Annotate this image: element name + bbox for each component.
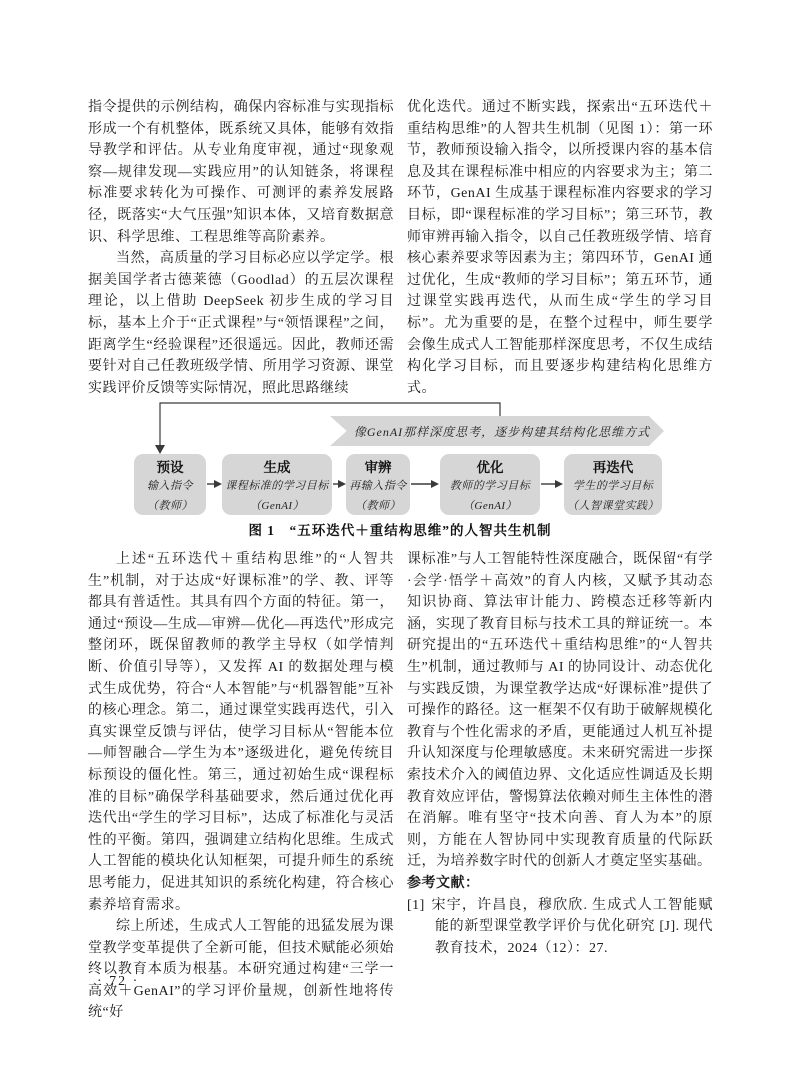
step-title: 优化 bbox=[440, 459, 540, 476]
thinking-banner-ribbon: 像GenAI那样深度思考，逐步构建其结构化思维方式 bbox=[330, 416, 664, 446]
step-actor: （教师） bbox=[134, 496, 206, 516]
step-desc: 再输入指令 bbox=[346, 476, 410, 496]
left-column-top: 指令提供的示例结构，确保内容标准与实现指标形成一个有机整体，既系统又具体，能够有… bbox=[88, 97, 394, 399]
reference-label: [1] bbox=[407, 898, 425, 913]
flow-step-preset: 预设 输入指令 （教师） bbox=[134, 454, 206, 515]
right-column-top: 优化迭代。通过不断实践，探索出“五环迭代＋重结构思维”的人智共生机制（见图 1）… bbox=[407, 97, 713, 399]
flow-step-generate: 生成 课程标准的学习目标 （GenAI） bbox=[222, 454, 332, 515]
references-header: 参考文献： bbox=[407, 873, 713, 895]
step-title: 审辨 bbox=[346, 459, 410, 476]
flow-step-reiterate: 再迭代 学生的学习目标 （人智课堂实践） bbox=[564, 454, 662, 515]
step-title: 再迭代 bbox=[564, 459, 662, 476]
figure-caption: 图 1 “五环迭代＋重结构思维”的人智共生机制 bbox=[88, 519, 712, 539]
step-title: 生成 bbox=[222, 459, 332, 476]
reference-item: [1]宋宇，许昌良，穆欣欣. 生成式人工智能赋能的新型课堂教学评价与优化研究 [… bbox=[407, 895, 713, 960]
paragraph: 综上所述，生成式人工智能的迅猛发展为课堂教学变革提供了全新可能，但技术赋能必须始… bbox=[88, 916, 394, 1024]
step-title: 预设 bbox=[134, 459, 206, 476]
step-actor: （教师） bbox=[346, 496, 410, 516]
paragraph: 当然，高质量的学习目标必应以学定学。根据美国学者古德莱德（Goodlad）的五层… bbox=[88, 248, 394, 399]
left-column-bottom: 上述“五环迭代＋重结构思维”的“人智共生”机制，对于达成“好课标准”的学、教、评… bbox=[88, 549, 394, 1024]
right-column-bottom: 课标准”与人工智能特性深度融合，既保留“有学·会学·悟学＋高效”的育人内核，又赋… bbox=[407, 549, 713, 959]
paragraph: 上述“五环迭代＋重结构思维”的“人智共生”机制，对于达成“好课标准”的学、教、评… bbox=[88, 549, 394, 916]
flow-step-optimize: 优化 教师的学习目标 （GenAI） bbox=[440, 454, 540, 515]
figure-flowchart: 像GenAI那样深度思考，逐步构建其结构化思维方式 预设 输入指令 （教师） 生… bbox=[88, 394, 712, 520]
step-desc: 课程标准的学习目标 bbox=[222, 476, 332, 496]
step-actor: （GenAI） bbox=[440, 496, 540, 516]
paragraph: 课标准”与人工智能特性深度融合，既保留“有学·会学·悟学＋高效”的育人内核，又赋… bbox=[407, 549, 713, 873]
paper-page: 指令提供的示例结构，确保内容标准与实现指标形成一个有机整体，既系统又具体，能够有… bbox=[0, 0, 800, 1077]
page-number: · 72 · bbox=[97, 974, 139, 990]
step-desc: 教师的学习目标 bbox=[440, 476, 540, 496]
step-actor: （GenAI） bbox=[222, 496, 332, 516]
step-actor: （人智课堂实践） bbox=[564, 496, 662, 516]
paragraph: 指令提供的示例结构，确保内容标准与实现指标形成一个有机整体，既系统又具体，能够有… bbox=[88, 97, 394, 248]
step-desc: 学生的学习目标 bbox=[564, 476, 662, 496]
step-desc: 输入指令 bbox=[134, 476, 206, 496]
reference-text: 宋宇，许昌良，穆欣欣. 生成式人工智能赋能的新型课堂教学评价与优化研究 [J].… bbox=[431, 898, 713, 956]
flow-step-discern: 审辨 再输入指令 （教师） bbox=[346, 454, 410, 515]
paragraph: 优化迭代。通过不断实践，探索出“五环迭代＋重结构思维”的人智共生机制（见图 1）… bbox=[407, 97, 713, 399]
